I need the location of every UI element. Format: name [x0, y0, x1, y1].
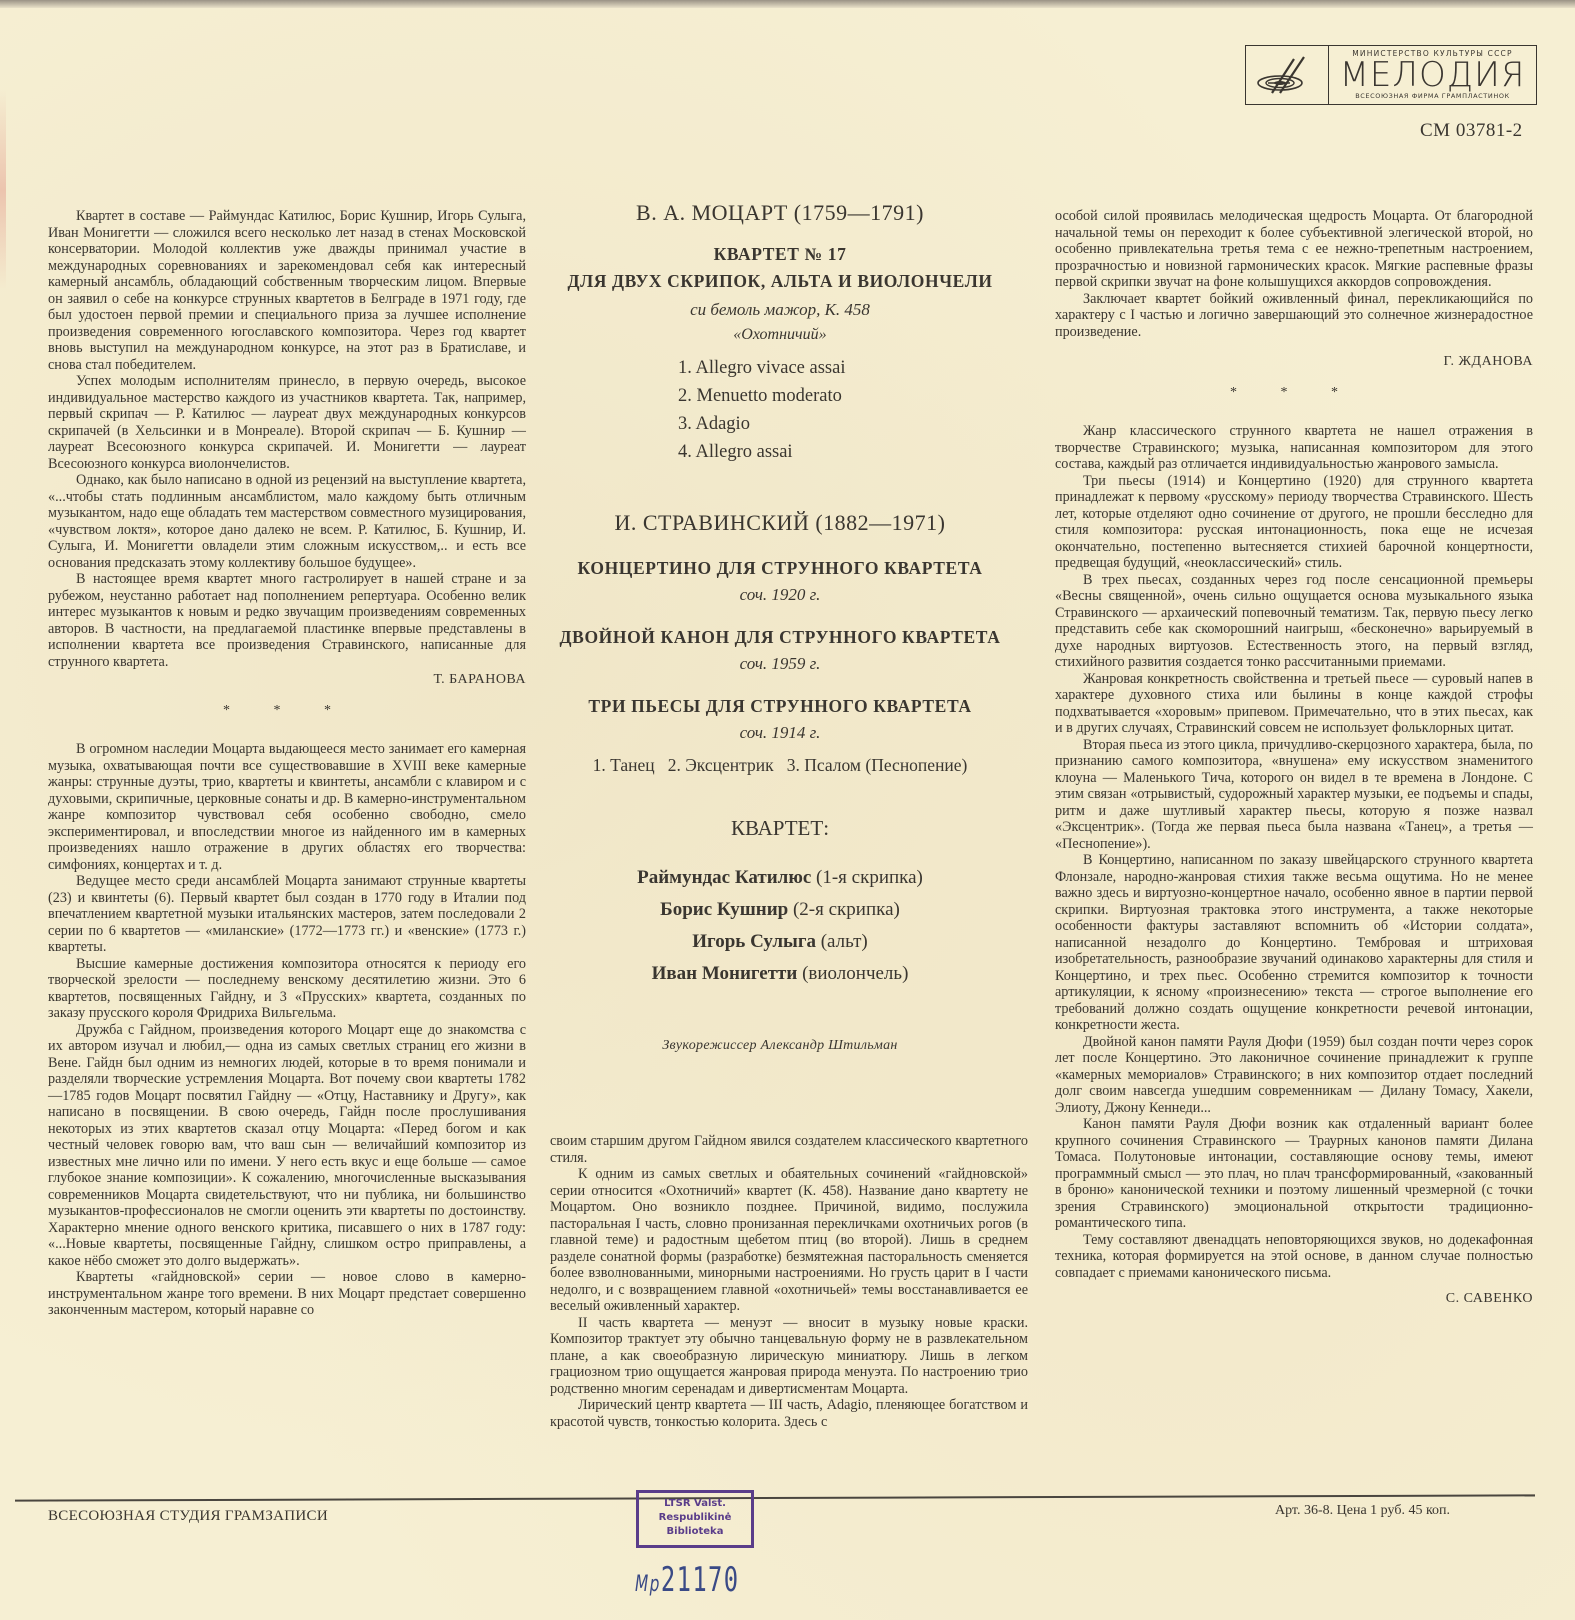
paragraph: В огромном наследии Моцарта выдающееся м… — [48, 741, 526, 873]
melodiya-emblem-icon — [1246, 46, 1329, 104]
three-pieces-list: 1. Танец 2. Эксцентрик 3. Псалом (Песноп… — [540, 755, 1020, 776]
paragraph: своим старшим другом Гайдном явился созд… — [550, 1133, 1028, 1166]
quartet-member: Раймундас Катилюс (1-я скрипка) — [540, 862, 1020, 894]
page-stain — [0, 90, 6, 290]
paragraph: Однако, как было написано в одной из рец… — [48, 472, 526, 571]
program-block: В. А. МОЦАРТ (1759—1791) КВАРТЕТ № 17 ДЛ… — [540, 200, 1020, 1068]
stravinsky-work-3: ТРИ ПЬЕСЫ ДЛЯ СТРУННОГО КВАРТЕТА — [540, 696, 1020, 717]
paragraph: Вторая пьеса из этого цикла, причудливо-… — [1055, 737, 1533, 853]
signature-baranova: Т. БАРАНОВА — [48, 672, 526, 689]
stravinsky-work-2-date: соч. 1959 г. — [540, 654, 1020, 674]
stravinsky-work-1: КОНЦЕРТИНО ДЛЯ СТРУННОГО КВАРТЕТА — [540, 558, 1020, 579]
movement-item: 4. Allegro assai — [678, 438, 1020, 466]
paragraph: Квартет в составе — Раймундас Катилюс, Б… — [48, 208, 526, 373]
paragraph: Жанр классического струнного квартета не… — [1055, 423, 1533, 473]
middle-column: своим старшим другом Гайдном явился созд… — [550, 1133, 1028, 1430]
paragraph: Тему составляют двенадцать неповторяющих… — [1055, 1232, 1533, 1282]
right-notes-1: особой силой проявилась мелодическая щед… — [1055, 208, 1533, 340]
footer-divider — [15, 1494, 1535, 1501]
signature-zhdanova: Г. ЖДАНОВА — [1055, 354, 1533, 371]
right-column: особой силой проявилась мелодическая щед… — [1055, 208, 1533, 1308]
composer-mozart: В. А. МОЦАРТ (1759—1791) — [540, 200, 1020, 226]
studio-name: ВСЕСОЮЗНАЯ СТУДИЯ ГРАМЗАПИСИ — [48, 1508, 328, 1525]
library-stamp: LTSR Valst. Respublikinė Biblioteka — [636, 1490, 754, 1548]
page-top-edge — [0, 0, 1575, 8]
sound-engineer: Звукорежиссер Александр Штильман — [540, 1038, 1020, 1054]
work-title-line1: КВАРТЕТ № 17 — [540, 244, 1020, 265]
company-text: ВСЕСОЮЗНАЯ ФИРМА ГРАМПЛАСТИНОК — [1329, 92, 1536, 100]
quartet-member: Борис Кушнир (2-я скрипка) — [540, 894, 1020, 926]
paragraph: Успех молодым исполнителям принесло, в п… — [48, 373, 526, 472]
work-key: си бемоль мажор, К. 458 — [540, 300, 1020, 320]
signature-savenko: С. САВЕНКО — [1055, 1291, 1533, 1308]
movement-list: 1. Allegro vivace assai 2. Menuetto mode… — [678, 354, 1020, 466]
paragraph: В настоящее время квартет много гастроли… — [48, 571, 526, 670]
paragraph: Дружба с Гайдном, произведения которого … — [48, 1022, 526, 1270]
paragraph: В трех пьесах, созданных через год после… — [1055, 572, 1533, 671]
work-title-line2: ДЛЯ ДВУХ СКРИПОК, АЛЬТА И ВИОЛОНЧЕЛИ — [540, 271, 1020, 292]
section-separator: * * * — [48, 703, 526, 720]
paragraph: Канон памяти Рауля Дюфи возник как отдал… — [1055, 1116, 1533, 1232]
left-notes-2: В огромном наследии Моцарта выдающееся м… — [48, 741, 526, 1319]
quartet-member: Игорь Сулыга (альт) — [540, 926, 1020, 958]
middle-notes: своим старшим другом Гайдном явился созд… — [550, 1133, 1028, 1430]
left-column: Квартет в составе — Раймундас Катилюс, Б… — [48, 208, 526, 1319]
price-info: Арт. 36-8. Цена 1 руб. 45 коп. — [1275, 1503, 1450, 1519]
catalog-number: СМ 03781-2 — [1420, 120, 1523, 142]
movement-item: 3. Adagio — [678, 410, 1020, 438]
paragraph: Лирический центр квартета — III часть, A… — [550, 1397, 1028, 1430]
paragraph: Жанровая конкретность свойственна и трет… — [1055, 671, 1533, 737]
movement-item: 2. Menuetto moderato — [678, 382, 1020, 410]
section-separator: * * * — [1055, 385, 1533, 402]
paragraph: Заключает квартет бойкий оживленный фина… — [1055, 291, 1533, 341]
quartet-heading: КВАРТЕТ: — [540, 816, 1020, 841]
paragraph: В Концертино, написанном по заказу швейц… — [1055, 852, 1533, 1034]
paragraph: особой силой проявилась мелодическая щед… — [1055, 208, 1533, 291]
paragraph: Квартеты «гайдновской» серии — новое сло… — [48, 1269, 526, 1319]
paragraph: Двойной канон памяти Рауля Дюфи (1959) б… — [1055, 1034, 1533, 1117]
paragraph: II часть квартета — менуэт — вносит в му… — [550, 1315, 1028, 1398]
stravinsky-work-1-date: соч. 1920 г. — [540, 585, 1020, 605]
paragraph: Ведущее место среди ансамблей Моцарта за… — [48, 873, 526, 956]
paragraph: Три пьесы (1914) и Концертино (1920) для… — [1055, 473, 1533, 572]
melodiya-logo: МИНИСТЕРСТВО КУЛЬТУРЫ СССР МЕЛОДИЯ ВСЕСО… — [1245, 45, 1537, 105]
stravinsky-work-2: ДВОЙНОЙ КАНОН ДЛЯ СТРУННОГО КВАРТЕТА — [540, 627, 1020, 648]
work-nickname: «Охотничий» — [540, 326, 1020, 344]
stravinsky-work-3-date: соч. 1914 г. — [540, 723, 1020, 743]
paragraph: К одним из самых светлых и обаятельных с… — [550, 1166, 1028, 1315]
left-notes-1: Квартет в составе — Раймундас Катилюс, Б… — [48, 208, 526, 670]
movement-item: 1. Allegro vivace assai — [678, 354, 1020, 382]
composer-stravinsky: И. СТРАВИНСКИЙ (1882—1971) — [540, 510, 1020, 536]
quartet-member: Иван Монигетти (виолончель) — [540, 958, 1020, 990]
paragraph: Высшие камерные достижения композитора о… — [48, 956, 526, 1022]
brand-name: МЕЛОДИЯ — [1329, 58, 1536, 92]
inventory-number: Мр21170 — [635, 1560, 740, 1600]
right-notes-2: Жанр классического струнного квартета не… — [1055, 423, 1533, 1281]
